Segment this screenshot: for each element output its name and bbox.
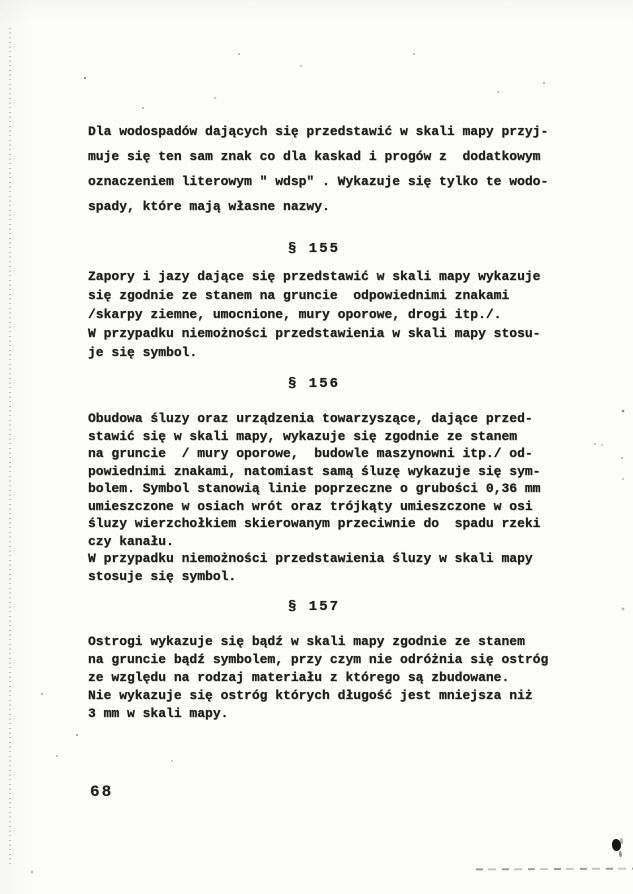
bottom-dashed-line-artifact <box>476 868 633 871</box>
text-line: muje się ten sam znak co dla kaskad i pr… <box>88 144 553 169</box>
text-line: stawić się w skali mapy, wykazuje się zg… <box>88 428 553 446</box>
text-line: umieszczone w osiach wrót oraz trójkąty … <box>88 498 553 516</box>
ink-blob-artifact <box>612 839 621 851</box>
text-line: W przypadku niemożności przedstawienia w… <box>88 324 553 343</box>
text-line: się zgodnie ze stanem na gruncie odpowie… <box>88 286 553 305</box>
section-heading-156: § 156 <box>88 376 540 392</box>
paragraph-ostrogi: Ostrogi wykazuje się bądź w skali mapy z… <box>88 633 553 723</box>
text-line: ze względu na rodzaj materiału z którego… <box>88 669 553 687</box>
text-line: spady, które mają własne nazwy. <box>88 194 553 219</box>
scan-speckles <box>0 0 2 2</box>
text-line: śluzy wierzchołkiem skierowanym przeciwn… <box>88 515 553 533</box>
paragraph-zapory-jazy: Zapory i jazy dające się przedstawić w s… <box>88 267 553 362</box>
text-line: Zapory i jazy dające się przedstawić w s… <box>88 267 553 286</box>
text-line: Dla wodospadów dających się przedstawić … <box>88 119 553 144</box>
text-line: W przypadku niemożności przedstawienia ś… <box>88 550 553 568</box>
page-number: 68 <box>90 783 113 801</box>
text-line: Obudowa śluzy oraz urządzenia towarzyszą… <box>88 410 553 428</box>
text-line: Ostrogi wykazuje się bądź w skali mapy z… <box>88 633 553 651</box>
text-line: Nie wykazuje się ostróg których długość … <box>88 687 553 705</box>
section-heading-155: § 155 <box>88 241 540 257</box>
text-line: /skarpy ziemne, umocnione, mury oporowe,… <box>88 305 553 324</box>
text-line: oznaczeniem literowym " wdsp" . Wykazuje… <box>88 169 553 194</box>
text-line: na gruncie / mury oporowe, budowle maszy… <box>88 445 553 463</box>
text-line: powiednimi znakami, natomiast samą śluzę… <box>88 463 553 481</box>
text-line: 3 mm w skali mapy. <box>88 705 553 723</box>
left-edge-scan-artifact <box>9 28 11 866</box>
text-line: bolem. Symbol stanowią linie poprzeczne … <box>88 480 553 498</box>
scanned-document-page: Dla wodospadów dających się przedstawić … <box>0 0 633 894</box>
text-line: stosuje się symbol. <box>88 568 553 586</box>
text-line: czy kanału. <box>88 533 553 551</box>
text-line: na gruncie bądź symbolem, przy czym nie … <box>88 651 553 669</box>
paragraph-wodospady: Dla wodospadów dających się przedstawić … <box>88 119 553 219</box>
text-line: je się symbol. <box>88 343 553 362</box>
section-heading-157: § 157 <box>88 599 540 615</box>
paragraph-sluzy: Obudowa śluzy oraz urządzenia towarzyszą… <box>88 410 553 585</box>
